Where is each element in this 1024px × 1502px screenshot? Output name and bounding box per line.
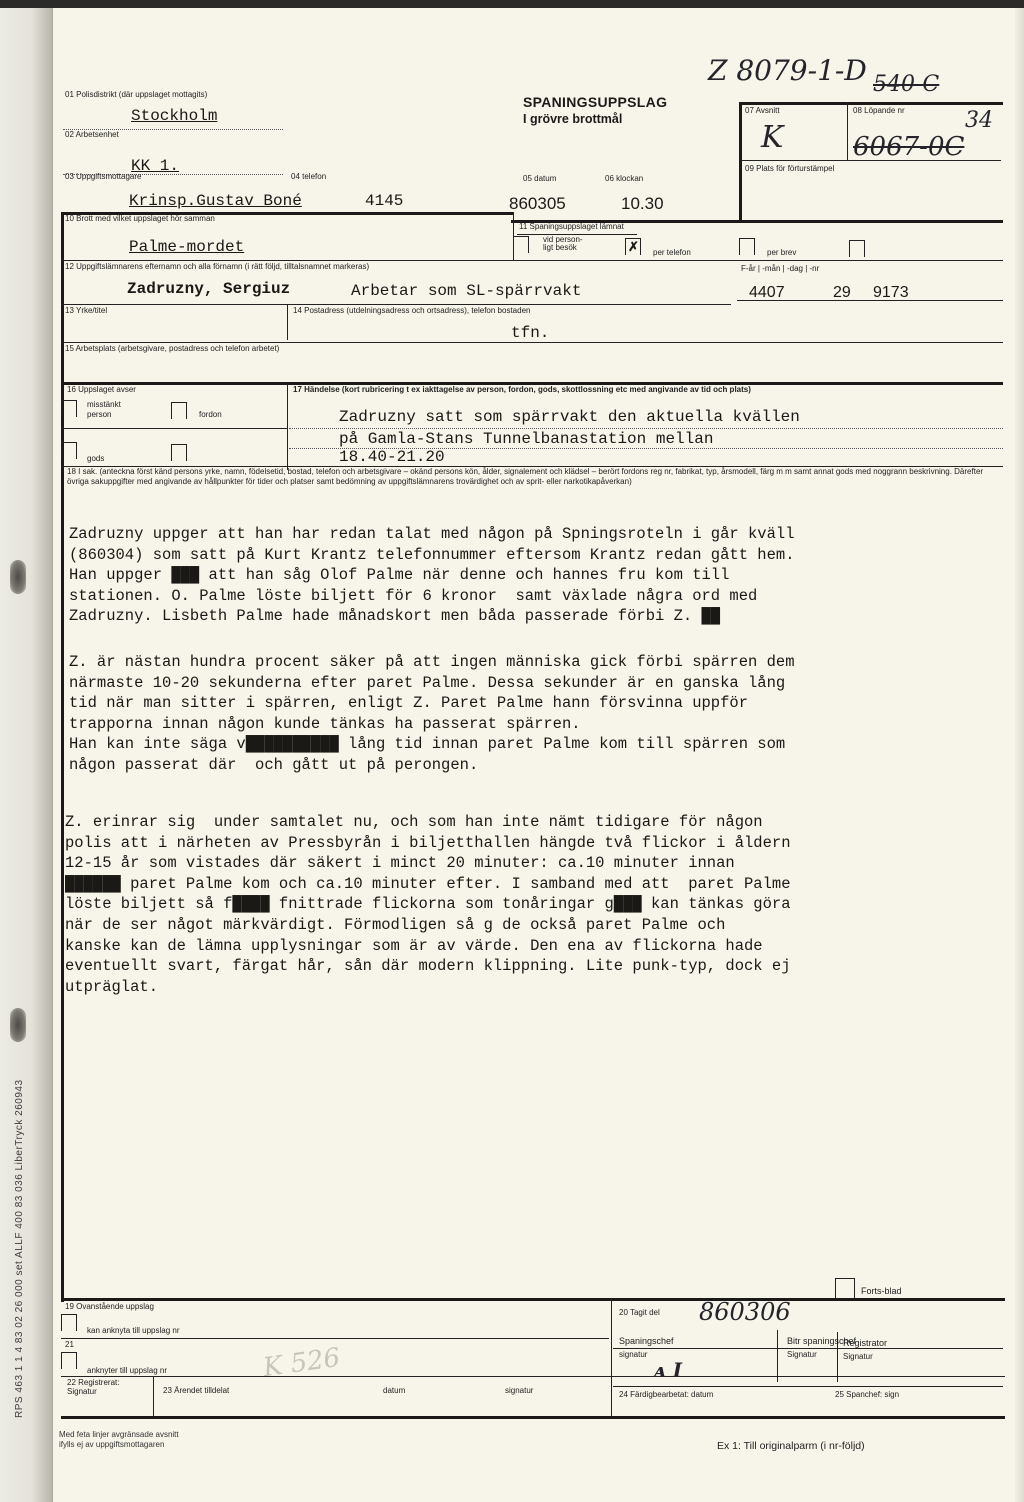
option-per-telefon-label: per telefon (653, 248, 691, 257)
checkbox-f19[interactable] (61, 1314, 77, 1331)
form-note: Med feta linjer avgränsade avsnitt ifyll… (59, 1430, 179, 1450)
checkbox-personal-visit[interactable] (513, 236, 529, 253)
checkbox-f21[interactable] (61, 1352, 77, 1369)
field-17-line-3: 18.40-21.20 (339, 448, 445, 466)
option-personal-visit-label: vid person- ligt besök (543, 236, 583, 252)
checkbox-goods[interactable] (61, 442, 77, 459)
punch-hole (10, 560, 26, 594)
field-05-value: 860305 (509, 194, 566, 214)
forts-blad-label: Forts-blad (861, 1286, 902, 1296)
narrative-paragraph-1: Zadruzny uppger att han har redan talat … (69, 524, 959, 627)
signatur-label-2: Signatur (787, 1350, 817, 1359)
field-19-label: 19 Ovanstående uppslag (65, 1302, 154, 1311)
field-06-label: 06 klockan (605, 174, 643, 183)
field-10-label: 10 Brott med vilket uppslaget hör samman (65, 214, 215, 223)
checkbox-forts-blad[interactable] (835, 1278, 855, 1299)
copy-note: Ex 1: Till originalparm (i nr-följd) (717, 1440, 865, 1452)
field-20-label: 20 Tagit del (619, 1308, 660, 1317)
print-code: RPS 463 1 1 4 83 02 26 000 set ALLF 400 … (14, 1079, 25, 1418)
option-vehicle-label: fordon (199, 410, 222, 419)
field-15-label: 15 Arbetsplats (arbetsgivare, postadress… (65, 344, 279, 353)
field-08-struck: 6067-0C (853, 132, 964, 162)
form-title: SPANINGSUPPSLAG (523, 94, 667, 110)
signature-mark: ᴀ I (653, 1358, 682, 1382)
binder-strip: RPS 463 1 1 4 83 02 26 000 set ALLF 400 … (0, 8, 52, 1502)
field-02-label: 02 Arbetsenhet (65, 130, 119, 139)
checkbox-per-brev[interactable] (739, 238, 755, 255)
field-19-sub: kan anknyta till uppslag nr (87, 1326, 180, 1335)
field-21-label: 21 (65, 1340, 74, 1349)
punch-hole (10, 1008, 26, 1042)
field-01-label: 01 Polisdistrikt (där uppslaget mottagit… (65, 90, 207, 99)
field-08-new-value: 34 (965, 108, 993, 133)
check-mark-icon: ✗ (628, 240, 639, 253)
field-18-label: 18 I sak. (anteckna först känd persons y… (67, 467, 997, 486)
field-14-label: 14 Postadress (utdelningsadress och orts… (293, 306, 530, 315)
field-12-occupation: Arbetar som SL-spärrvakt (351, 282, 581, 300)
option-suspect-person-label: misstänkt person (87, 400, 121, 420)
field-12-label: 12 Uppgiftslämnarens efternamn och alla … (65, 262, 369, 271)
form-subtitle: I grövre brottmål (523, 112, 622, 126)
field-04-label: 04 telefon (291, 172, 326, 181)
narrative-paragraph-3: Z. erinrar sig under samtalet nu, och so… (65, 812, 955, 997)
field-20-value: 860306 (699, 1298, 791, 1326)
checkbox-vehicle[interactable] (171, 402, 187, 419)
field-17-label: 17 Händelse (kort rubricering t ex iaktt… (293, 385, 993, 394)
field-06-value: 10.30 (621, 194, 664, 214)
field-01-value: Stockholm (131, 107, 217, 125)
field-17-line-2: på Gamla-Stans Tunnelbanastation mellan (339, 430, 713, 448)
narrative-paragraph-2: Z. är nästan hundra procent säker på att… (69, 652, 959, 776)
field-23-datum: datum (383, 1386, 405, 1395)
case-suffix-struck: 540-C (873, 72, 939, 97)
checkbox-suspect-person[interactable] (61, 400, 77, 417)
checkbox-per-telefon[interactable]: ✗ (625, 238, 641, 255)
field-09-label: 09 Plats för förturstämpel (745, 164, 834, 173)
field-22-label: 22 Registrerat: Signatur (67, 1378, 119, 1396)
field-21-sub: anknyter till uppslag nr (87, 1366, 167, 1375)
field-03-value: Krinsp.Gustav Boné (129, 192, 302, 210)
field-16-label: 16 Uppslaget avser (67, 385, 136, 394)
field-25-label: 25 Spanchef: sign (835, 1390, 899, 1399)
field-14-value: tfn. (511, 324, 549, 342)
case-number: Z 8079-1-D (708, 54, 867, 87)
signatur-label-3: Signatur (843, 1352, 873, 1361)
field-03-label: 03 Uppgiftsmottagare (65, 172, 142, 181)
field-23-signatur: signatur (505, 1386, 533, 1395)
field-07-value: K (761, 120, 783, 155)
faint-stamp: K 526 (261, 1343, 342, 1383)
field-24-label: 24 Färdigbearbetat: datum (619, 1390, 713, 1399)
field-04-value: 4145 (365, 192, 403, 210)
field-07-label: 07 Avsnitt (745, 106, 780, 115)
form-page: Z 8079-1-D 540-C SPANINGSUPPSLAG I grövr… (52, 8, 1024, 1502)
checkbox-other[interactable] (171, 444, 187, 461)
field-08-label: 08 Löpande nr (853, 106, 905, 115)
spaningschef-label: Spaningschef (619, 1336, 674, 1346)
field-12-name: Zadruzny, Sergiuz (127, 280, 290, 298)
field-17-line-1: Zadruzny satt som spärrvakt den aktuella… (339, 408, 800, 426)
signatur-label-1: signatur (619, 1350, 647, 1359)
field-05-label: 05 datum (523, 174, 556, 183)
field-23-label: 23 Ärendet tilldelat (163, 1386, 229, 1395)
registrator-label: Registrator (843, 1338, 887, 1348)
option-goods-label: gods (87, 454, 104, 463)
checkbox-unlabeled[interactable] (849, 240, 865, 257)
field-11-label: 11 Spaningsuppslaget lämnat (519, 222, 624, 231)
field-13-label: 13 Yrke/titel (65, 306, 107, 315)
field-10-value: Palme-mordet (129, 238, 244, 256)
option-per-brev-label: per brev (767, 248, 796, 257)
pnr-labels: F-år | -mån | -dag | -nr (741, 264, 819, 273)
